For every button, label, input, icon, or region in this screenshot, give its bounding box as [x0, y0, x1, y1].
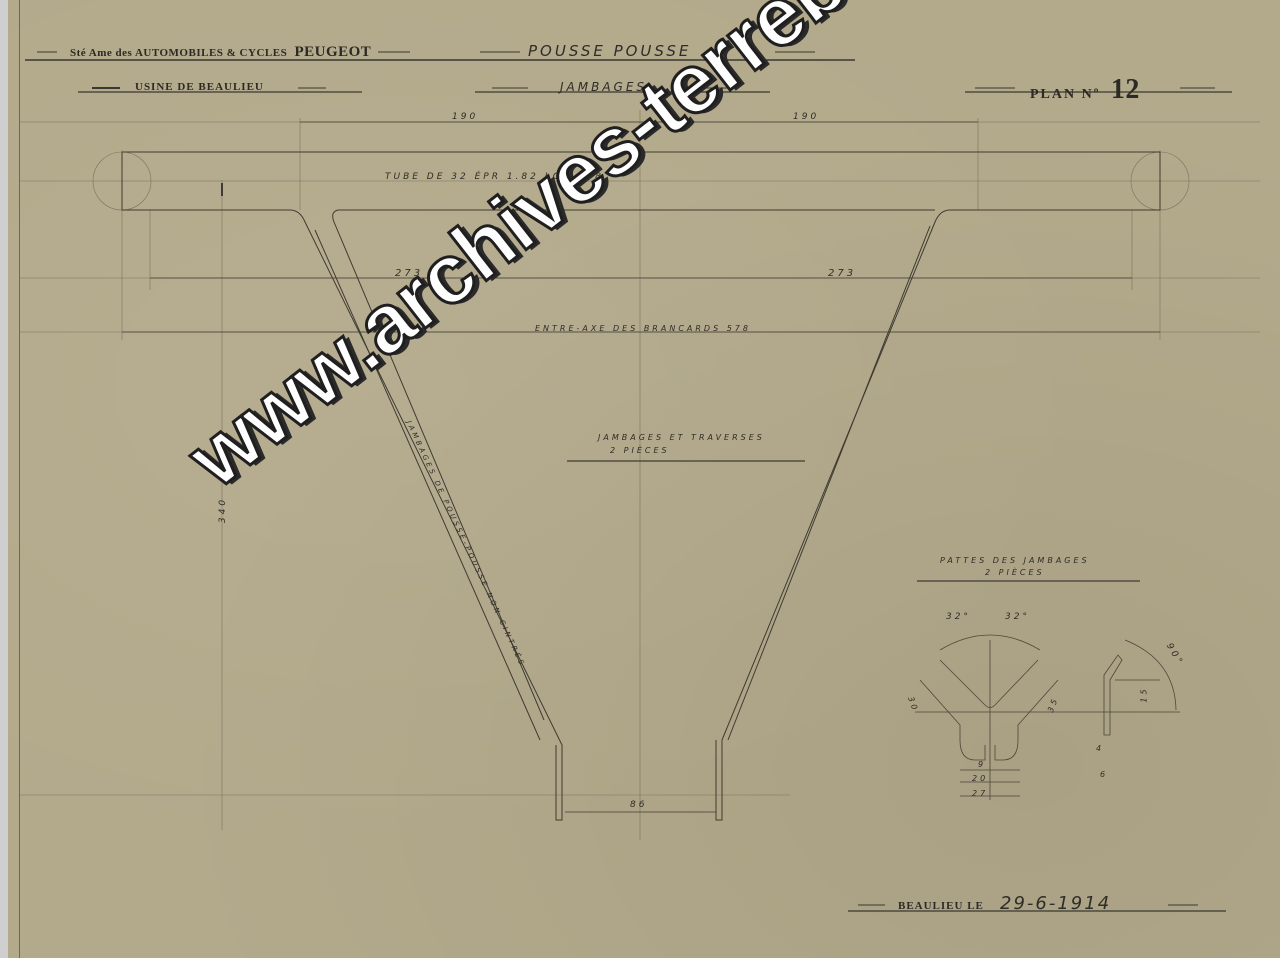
company-prefix: Sté Ame des AUTOMOBILES & CYCLES [70, 47, 287, 59]
legs-note-line1: JAMBAGES ET TRAVERSES [598, 433, 765, 442]
dim-top-right: 190 [793, 112, 819, 122]
detail-dim-15: 15 [1140, 686, 1149, 702]
plan-number: 12 [1111, 74, 1140, 105]
dim-top-left: 190 [452, 112, 478, 122]
legs-note-line2: 2 PIÈCES [610, 446, 670, 455]
footer-date: 29-6-1914 [1000, 893, 1111, 914]
bottom-dim: 86 [630, 800, 647, 810]
dim-mid-right: 273 [828, 268, 856, 279]
blueprint-sheet: Sté Ame des AUTOMOBILES & CYCLES PEUGEOT… [0, 0, 1280, 958]
detail-dim-20: 20 [972, 774, 988, 783]
detail-angle-left: 32° [946, 612, 971, 622]
plan-label: PLAN Nº [1030, 87, 1100, 102]
detail-dim-6: 6 [1100, 770, 1108, 779]
footer-place: BEAULIEU LE [898, 900, 984, 912]
detail-dim-27: 27 [972, 789, 988, 798]
detail-title-line2: 2 PIÈCES [985, 568, 1045, 577]
detail-dim-4: 4 [1096, 744, 1104, 753]
company-name: PEUGEOT [294, 44, 371, 60]
factory-name: USINE DE BEAULIEU [135, 81, 264, 93]
axis-note: ENTRE-AXE DES BRANCARDS 578 [535, 324, 751, 333]
detail-title-line1: PATTES DES JAMBAGES [940, 556, 1090, 565]
detail-dim-9: 9 [978, 760, 986, 769]
detail-angle-right: 32° [1005, 612, 1030, 622]
